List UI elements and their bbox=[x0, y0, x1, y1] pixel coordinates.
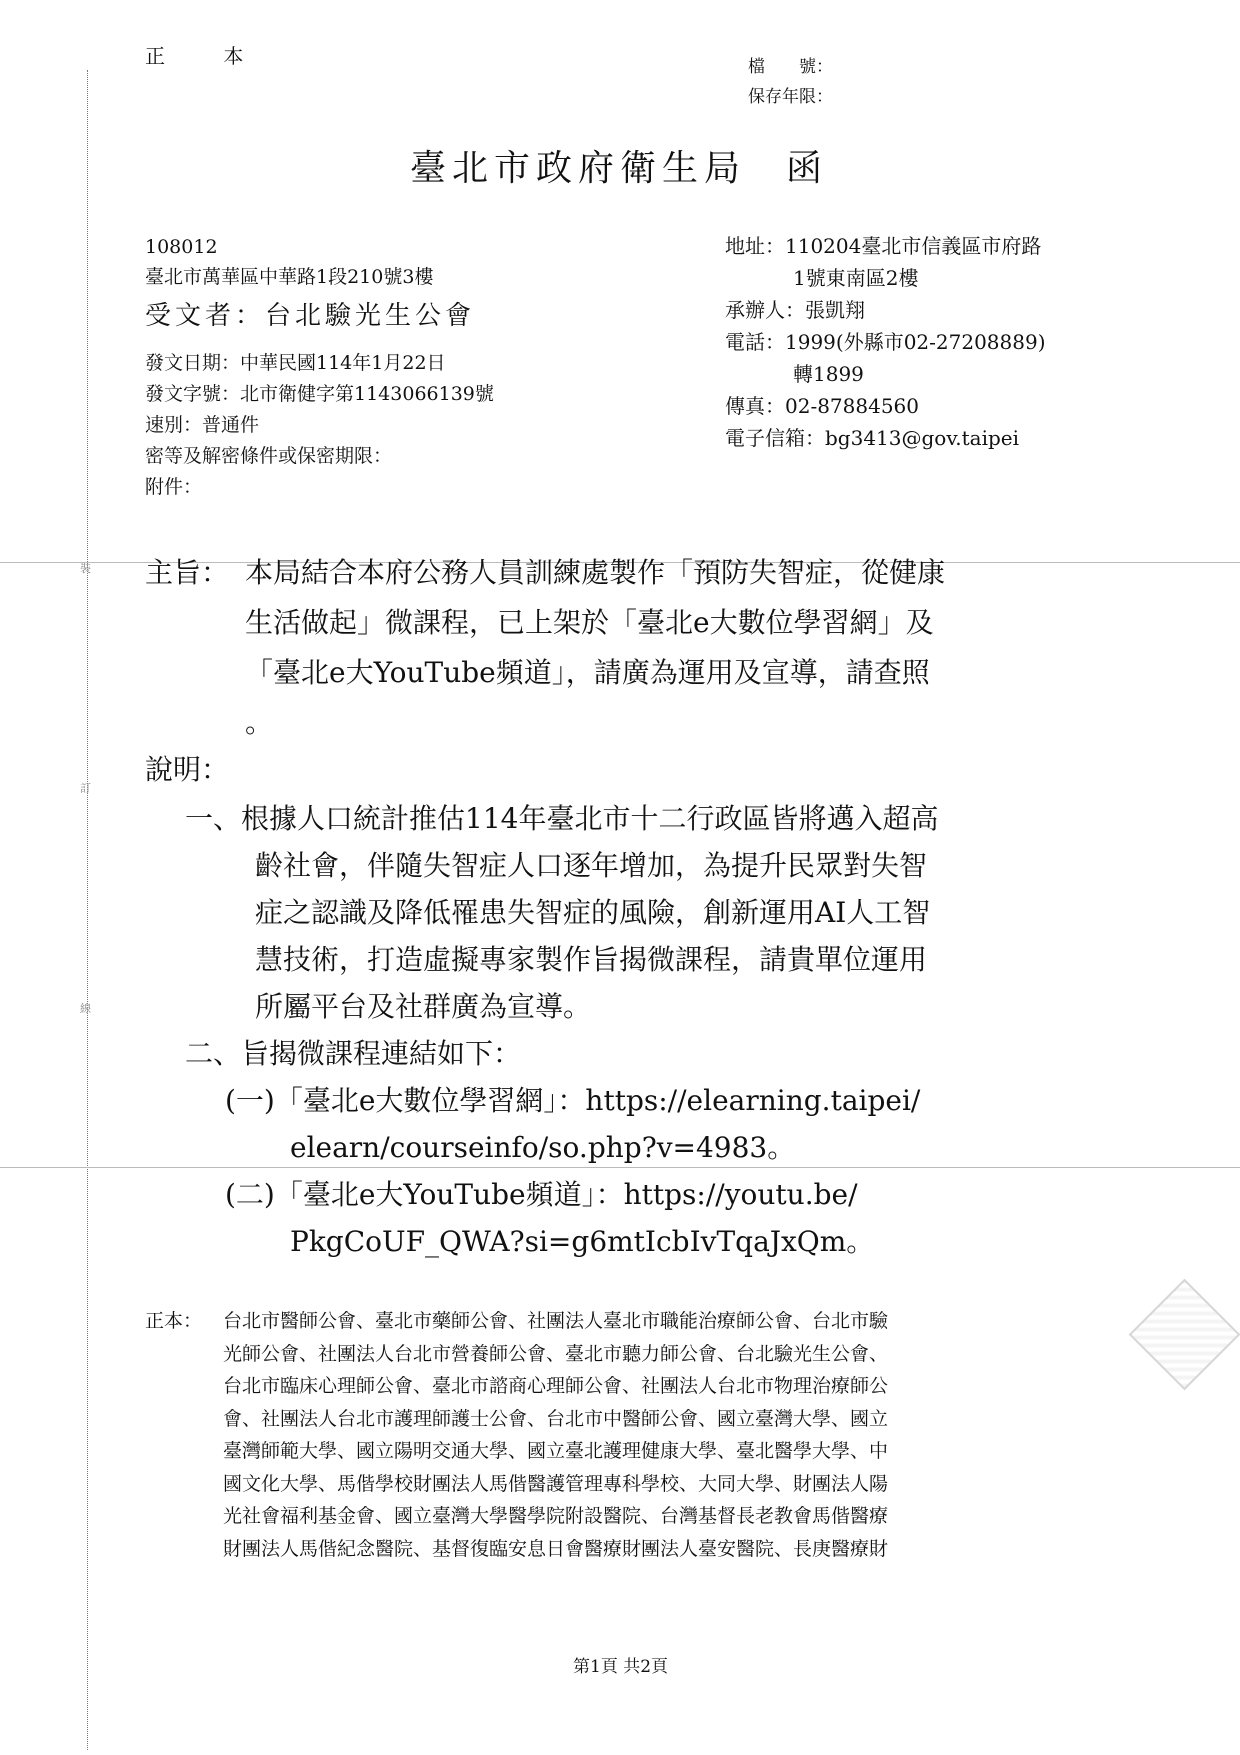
binding-mark: 訂 bbox=[80, 780, 91, 796]
contact-fax: 傳真：02-87884560 bbox=[725, 390, 1046, 422]
cc-line: 台北市醫師公會、臺北市藥師公會、社團法人臺北市職能治療師公會、台北市驗 bbox=[223, 1310, 888, 1332]
recipient-address: 臺北市萬華區中華路1段210號3樓 bbox=[145, 262, 494, 292]
recipient-postcode: 108012 bbox=[145, 232, 494, 262]
description-line: 所屬平台及社群廣為宣導。 bbox=[185, 983, 1105, 1030]
description-line: 齡社會，伴隨失智症人口逐年增加，為提升民眾對失智 bbox=[185, 842, 1105, 889]
elearning-link-label[interactable]: (一)「臺北e大數位學習網」：https://elearning.taipei/ bbox=[185, 1077, 1105, 1124]
cc-line: 國文化大學、馬偕學校財團法人馬偕醫護管理專科學校、大同大學、財團法人陽 bbox=[145, 1468, 1105, 1501]
issuer-name: 臺北市政府衛生局 bbox=[410, 148, 746, 189]
subject-line: 生活做起」微課程，已上架於「臺北e大數位學習網」及 bbox=[145, 598, 1105, 648]
cc-section: 正本：台北市醫師公會、臺北市藥師公會、社團法人臺北市職能治療師公會、台北市驗 光… bbox=[145, 1305, 1105, 1565]
cc-line: 光社會福利基金會、國立臺灣大學醫學院附設醫院、台灣基督長老教會馬偕醫療 bbox=[145, 1500, 1105, 1533]
description-line: 慧技術，打造虛擬專家製作旨揭微課程，請貴單位運用 bbox=[185, 936, 1105, 983]
subject-line: 本局結合本府公務人員訓練處製作「預防失智症，從健康 bbox=[245, 556, 945, 589]
cc-line: 光師公會、社團法人台北市營養師公會、臺北市聽力師公會、台北驗光生公會、 bbox=[145, 1338, 1105, 1371]
file-meta: 檔 號： 保存年限： bbox=[748, 52, 833, 112]
cc-line: 臺灣師範大學、國立陽明交通大學、國立臺北護理健康大學、臺北醫學大學、中 bbox=[145, 1435, 1105, 1468]
contact-address-cont: 1號東南區2樓 bbox=[725, 262, 1046, 294]
contact-address: 地址：110204臺北市信義區市府路 bbox=[725, 230, 1046, 262]
document-title: 臺北市政府衛生局函 bbox=[410, 140, 828, 191]
description-item-2: 二、旨揭微課程連結如下： (一)「臺北e大數位學習網」：https://elea… bbox=[185, 1030, 1105, 1265]
official-seal-stamp bbox=[1129, 1279, 1240, 1391]
contact-phone: 電話：1999(外縣市02-27208889) bbox=[725, 326, 1046, 358]
file-number-label: 檔 號： bbox=[748, 52, 833, 82]
retention-period-label: 保存年限： bbox=[748, 82, 833, 112]
subject-section: 主旨：本局結合本府公務人員訓練處製作「預防失智症，從健康 生活做起」微課程，已上… bbox=[145, 548, 1105, 748]
cc-line: 台北市臨床心理師公會、臺北市諮商心理師公會、社團法人台北市物理治療師公 bbox=[145, 1370, 1105, 1403]
subject-line: 「臺北e大YouTube頻道」，請廣為運用及宣導，請查照 bbox=[145, 648, 1105, 698]
attachments: 附件： bbox=[145, 472, 494, 503]
copy-type-label: 正 本 bbox=[145, 40, 269, 69]
issue-date: 發文日期：中華民國114年1月22日 bbox=[145, 348, 494, 379]
binding-mark: 線 bbox=[80, 1000, 91, 1016]
links-heading: 二、旨揭微課程連結如下： bbox=[185, 1030, 1105, 1077]
confidentiality: 密等及解密條件或保密期限： bbox=[145, 441, 494, 472]
subject-label: 主旨： bbox=[145, 548, 245, 598]
youtube-link-url[interactable]: PkgCoUF_QWA?si=g6mtIcbIvTqaJxQm。 bbox=[185, 1218, 1105, 1265]
document-type: 函 bbox=[786, 148, 828, 189]
cc-line: 會、社團法人台北市護理師護士公會、台北市中醫師公會、國立臺灣大學、國立 bbox=[145, 1403, 1105, 1436]
cc-label: 正本： bbox=[145, 1305, 223, 1338]
subject-line: 。 bbox=[145, 698, 1105, 748]
page-number: 第1頁 共2頁 bbox=[573, 1652, 668, 1677]
description-label: 說明： bbox=[145, 748, 229, 788]
description-section: 一、根據人口統計推估114年臺北市十二行政區皆將邁入超高 齡社會，伴隨失智症人口… bbox=[185, 795, 1105, 1265]
binding-line bbox=[87, 70, 88, 1750]
issue-meta: 發文日期：中華民國114年1月22日 發文字號：北市衛健字第1143066139… bbox=[145, 348, 494, 503]
cc-line: 財團法人馬偕紀念醫院、基督復臨安息日會醫療財團法人臺安醫院、長庚醫療財 bbox=[145, 1533, 1105, 1566]
contact-email: 電子信箱：bg3413@gov.taipei bbox=[725, 422, 1046, 454]
elearning-link-url[interactable]: elearn/courseinfo/so.php?v=4983。 bbox=[185, 1124, 1105, 1171]
contact-handler: 承辦人：張凱翔 bbox=[725, 294, 1046, 326]
description-line: 一、根據人口統計推估114年臺北市十二行政區皆將邁入超高 bbox=[185, 795, 1105, 842]
contact-block: 地址：110204臺北市信義區市府路 1號東南區2樓 承辦人：張凱翔 電話：19… bbox=[725, 230, 1046, 454]
issue-number: 發文字號：北市衛健字第1143066139號 bbox=[145, 379, 494, 410]
priority: 速別：普通件 bbox=[145, 410, 494, 441]
youtube-link-label[interactable]: (二)「臺北e大YouTube頻道」：https://youtu.be/ bbox=[185, 1171, 1105, 1218]
recipient-block: 108012 臺北市萬華區中華路1段210號3樓 受文者：台北驗光生公會 發文日… bbox=[145, 232, 494, 503]
contact-phone-ext: 轉1899 bbox=[725, 358, 1046, 390]
description-item-1: 一、根據人口統計推估114年臺北市十二行政區皆將邁入超高 齡社會，伴隨失智症人口… bbox=[185, 795, 1105, 1030]
description-line: 症之認識及降低罹患失智症的風險，創新運用AI人工智 bbox=[185, 889, 1105, 936]
recipient-name: 受文者：台北驗光生公會 bbox=[145, 294, 494, 338]
